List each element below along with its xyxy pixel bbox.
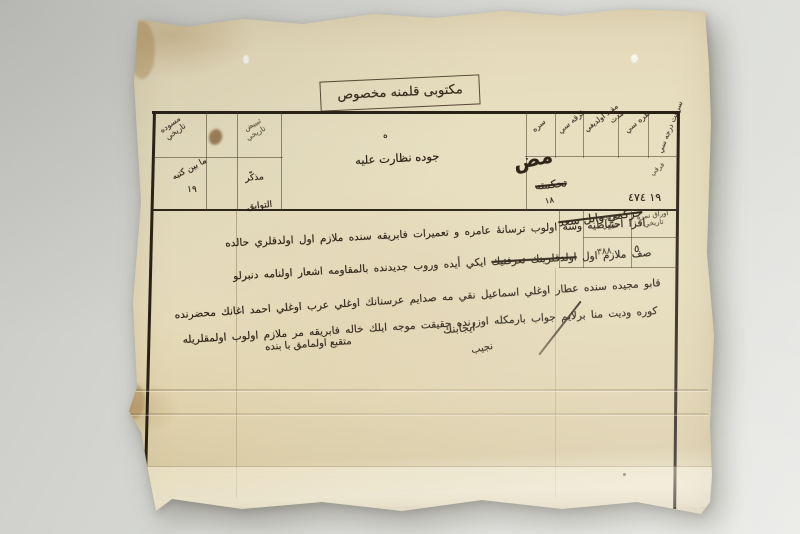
- corner-numbers: ١٩ ٤٧٤: [628, 192, 661, 205]
- column-line: [237, 112, 238, 210]
- stamp-text: مكتوبى قلمنه مخصوص: [337, 83, 463, 104]
- invocation-mark: ه: [383, 131, 388, 141]
- paper-fleck: [631, 54, 638, 63]
- subtable-line: [559, 267, 678, 268]
- header-cell-c2: مذكّر: [245, 172, 265, 184]
- ink-smudge: [207, 127, 224, 146]
- frame-right-line: [673, 111, 679, 509]
- margin-note: التوابق: [247, 200, 273, 212]
- registry-scrawl-large: مض: [511, 144, 555, 175]
- header-cell-a1: مسوده تاريخي: [158, 114, 188, 142]
- horizontal-fold: [130, 389, 708, 391]
- header-cell-a2: ما بين كتبه: [171, 157, 209, 183]
- subtable-line: [583, 237, 678, 238]
- column-line: [583, 112, 584, 158]
- paper-shadow: مكتوبى قلمنه مخصوص: [125, 5, 717, 521]
- column-line: [281, 112, 282, 210]
- header-cell-a2-number: ١٩: [187, 185, 197, 195]
- registry-scrawl-word: تحكمته: [534, 177, 567, 193]
- header-cell-h1: سرعت درجه سي: [656, 100, 685, 154]
- body-line-5: ايجابنك: [443, 322, 476, 337]
- column-line: [648, 112, 649, 158]
- body-line-2-start: صف ملازم اول: [582, 247, 652, 263]
- center-title: جوده نظارت عليه: [355, 150, 440, 168]
- row-divider-left: [153, 157, 283, 158]
- edge-stain: [129, 21, 155, 79]
- registry-scrawl-number: ١٨: [544, 196, 555, 207]
- column-line: [555, 112, 556, 158]
- header-cell-c1: تبييض تاريخي: [240, 117, 267, 143]
- vertical-fold: [236, 210, 237, 498]
- signature: نجيب: [470, 341, 494, 357]
- body-line-2-end: ايكي أيده وروب جديدنده بالمقاومه اشعار ا…: [233, 256, 487, 282]
- vertical-fold: [555, 268, 556, 498]
- document-photo: مكتوبى قلمنه مخصوص: [0, 0, 800, 534]
- paper-fleck: [243, 55, 249, 64]
- ottoman-form-paper: مكتوبى قلمنه مخصوص: [125, 5, 717, 521]
- stamp-box: مكتوبى قلمنه مخصوص: [319, 74, 480, 111]
- header-cell-d1: سره: [530, 117, 548, 134]
- pen-flourish: [538, 301, 581, 356]
- header-cell-h1-note: فرقي: [648, 161, 666, 178]
- frame-left-line: [143, 111, 155, 501]
- bottom-fold-strip: [129, 466, 712, 507]
- body-line-1: اقزا احتياطيه وسه اولوب ترسانهٔ عامره و …: [181, 217, 646, 252]
- body-line-2-struck: اولدقلرينك تعرفتيك: [491, 251, 577, 268]
- horizontal-fold: [130, 413, 708, 415]
